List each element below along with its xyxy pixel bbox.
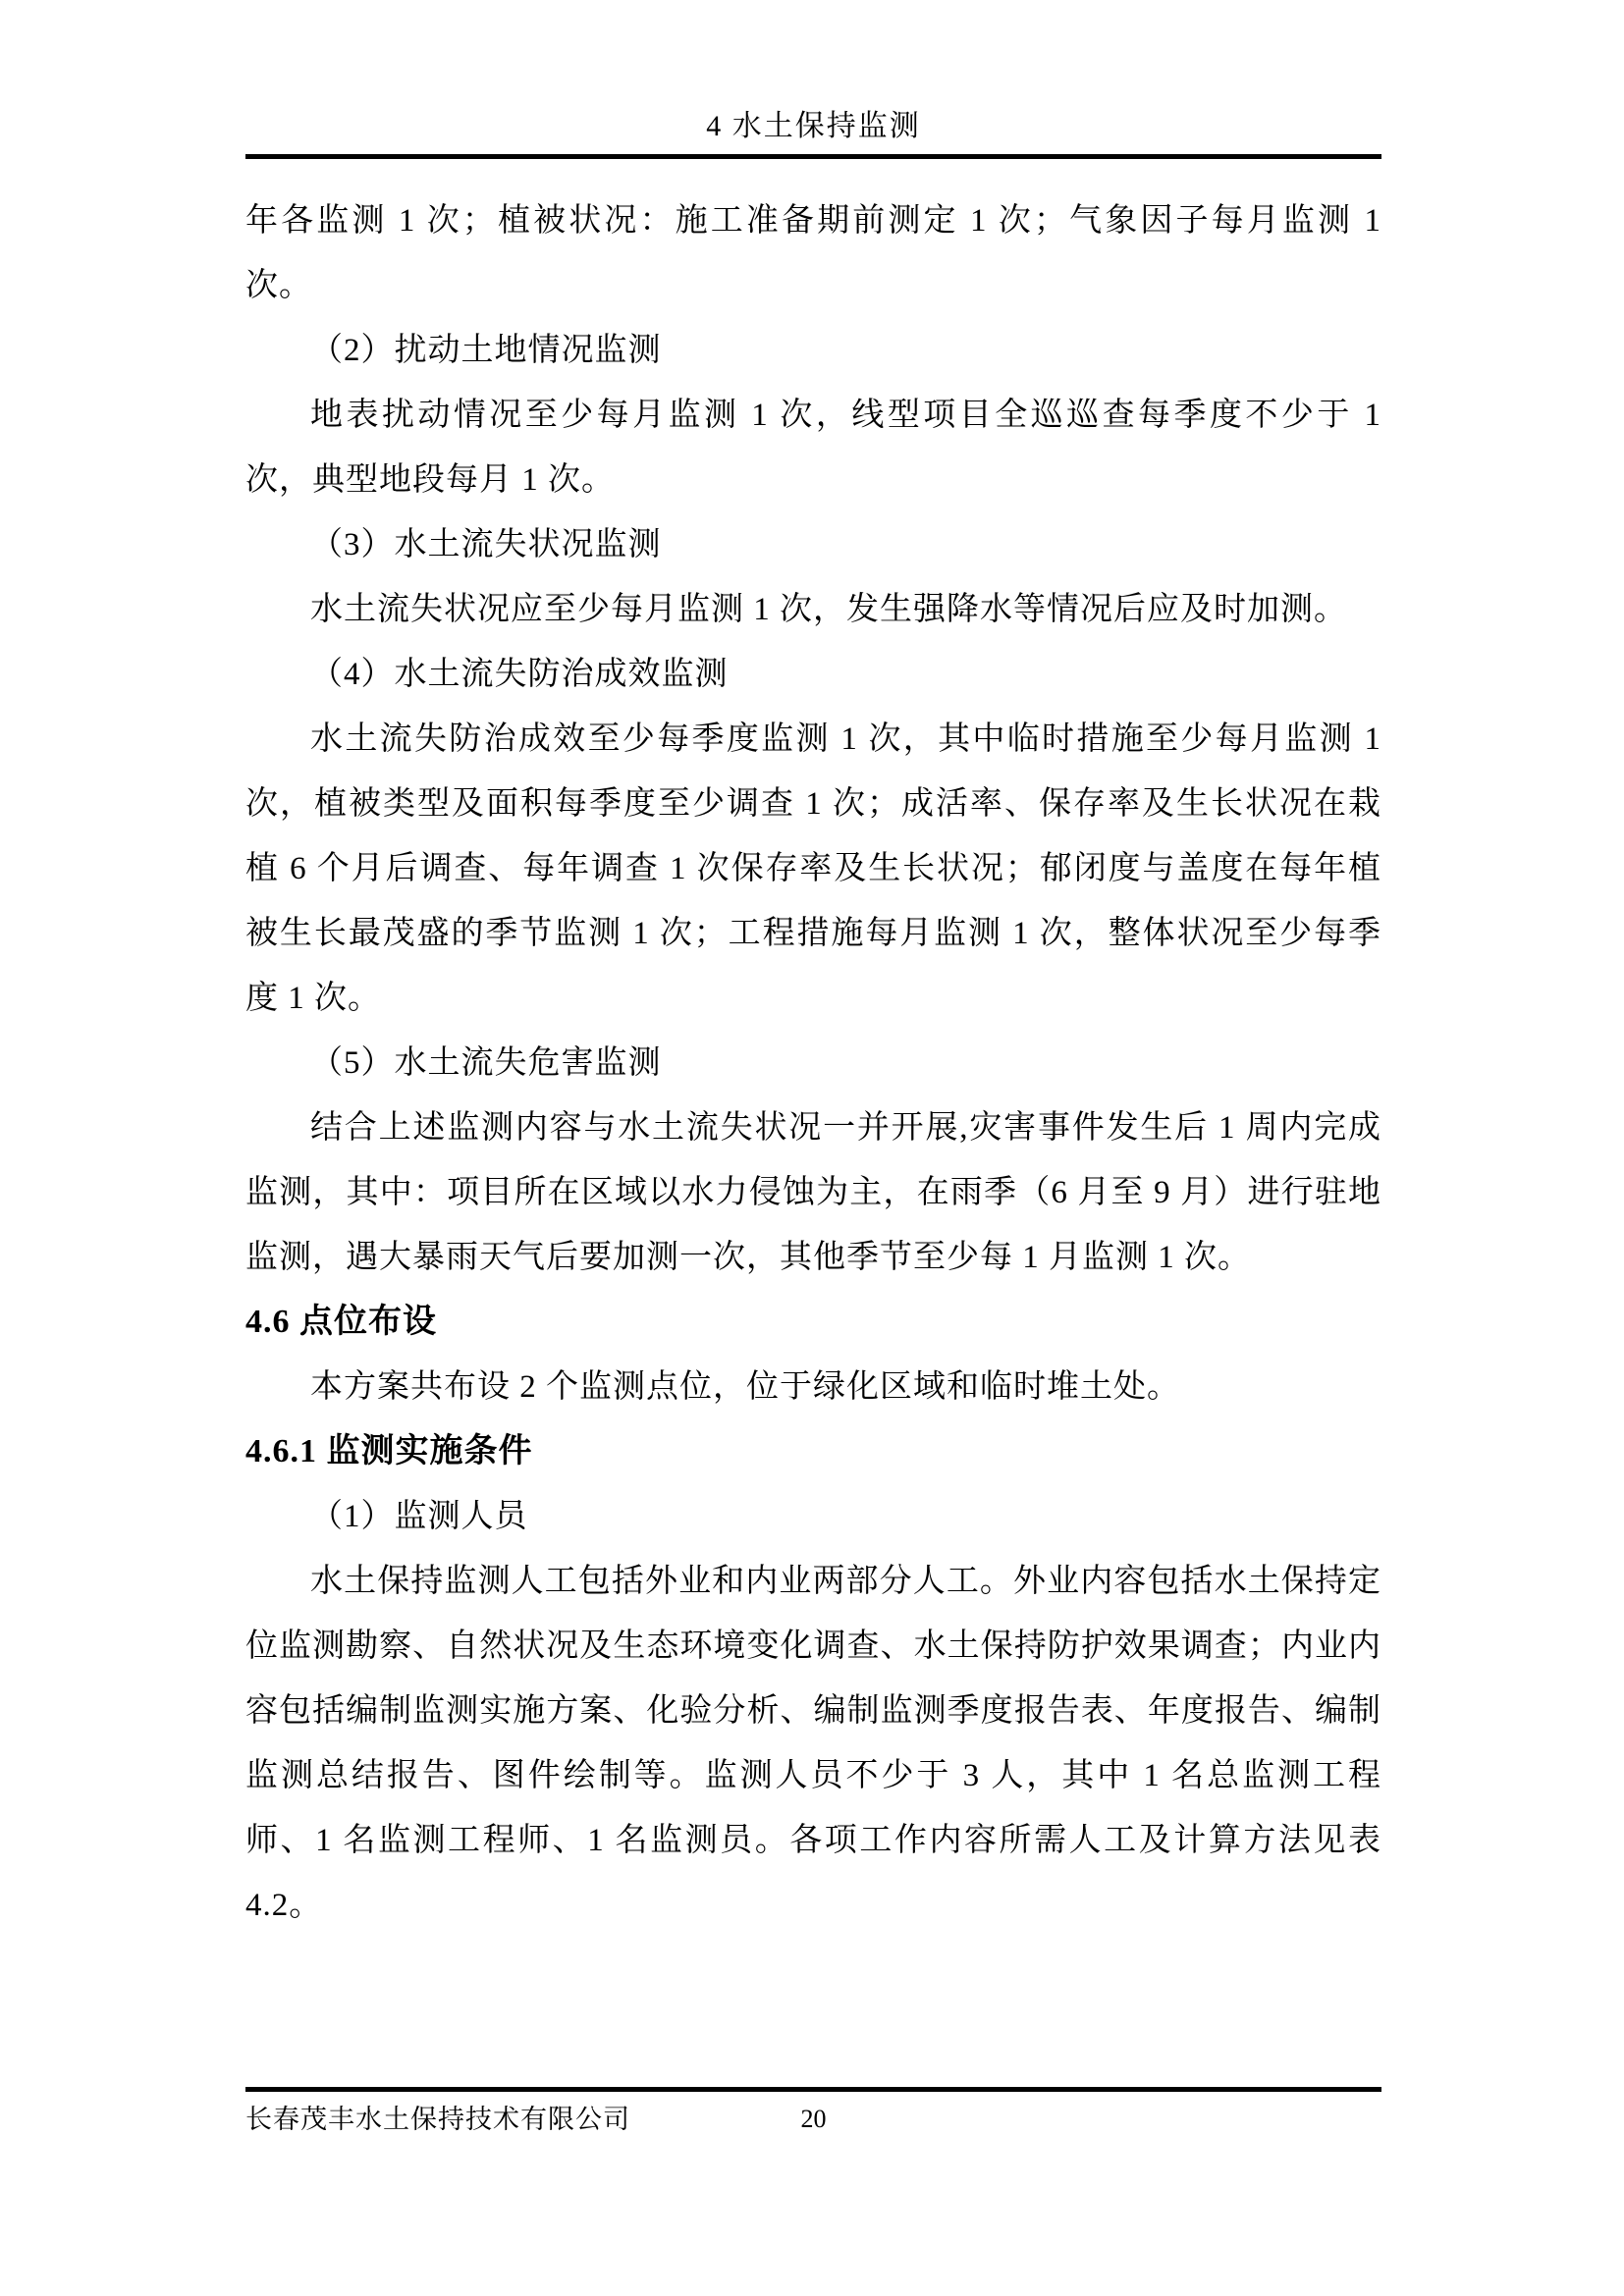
paragraph: 水土保持监测人工包括外业和内业两部分人工。外业内容包括水土保持定位监测勘察、自然… <box>245 1549 1381 1938</box>
paragraph: （5）水土流失危害监测 <box>245 1031 1381 1095</box>
paragraph: （1）监测人员 <box>245 1484 1381 1549</box>
footer-row: 长春茂丰水土保持技术有限公司 20 <box>245 2100 1381 2139</box>
header-rule <box>245 154 1381 159</box>
paragraph: 结合上述监测内容与水土流失状况一并开展,灾害事件发生后 1 周内完成监测，其中：… <box>245 1095 1381 1290</box>
page-footer: 长春茂丰水土保持技术有限公司 20 <box>245 2087 1381 2139</box>
paragraph: 本方案共布设 2 个监测点位，位于绿化区域和临时堆土处。 <box>245 1355 1381 1419</box>
paragraph: 年各监测 1 次；植被状况：施工准备期前测定 1 次；气象因子每月监测 1 次。 <box>245 188 1381 318</box>
running-header-title: 4 水土保持监测 <box>245 108 1381 145</box>
paragraph: （2）扰动土地情况监测 <box>245 318 1381 383</box>
section-heading: 4.6.1 监测实施条件 <box>245 1419 1381 1484</box>
document-body: 年各监测 1 次；植被状况：施工准备期前测定 1 次；气象因子每月监测 1 次。… <box>245 188 1381 1938</box>
paragraph: 水土流失状况应至少每月监测 1 次，发生强降水等情况后应及时加测。 <box>245 577 1381 642</box>
paragraph: （4）水土流失防治成效监测 <box>245 642 1381 707</box>
footer-company-name: 长春茂丰水土保持技术有限公司 <box>245 2100 630 2139</box>
paragraph: 水土流失防治成效至少每季度监测 1 次，其中临时措施至少每月监测 1 次，植被类… <box>245 707 1381 1031</box>
page-number: 20 <box>801 2100 827 2139</box>
document-page: 4 水土保持监测 年各监测 1 次；植被状况：施工准备期前测定 1 次；气象因子… <box>0 0 1624 2296</box>
footer-rule <box>245 2087 1381 2092</box>
paragraph: 地表扰动情况至少每月监测 1 次，线型项目全巡巡查每季度不少于 1 次，典型地段… <box>245 383 1381 512</box>
page-header: 4 水土保持监测 <box>245 0 1381 159</box>
paragraph: （3）水土流失状况监测 <box>245 512 1381 577</box>
section-heading: 4.6 点位布设 <box>245 1290 1381 1355</box>
